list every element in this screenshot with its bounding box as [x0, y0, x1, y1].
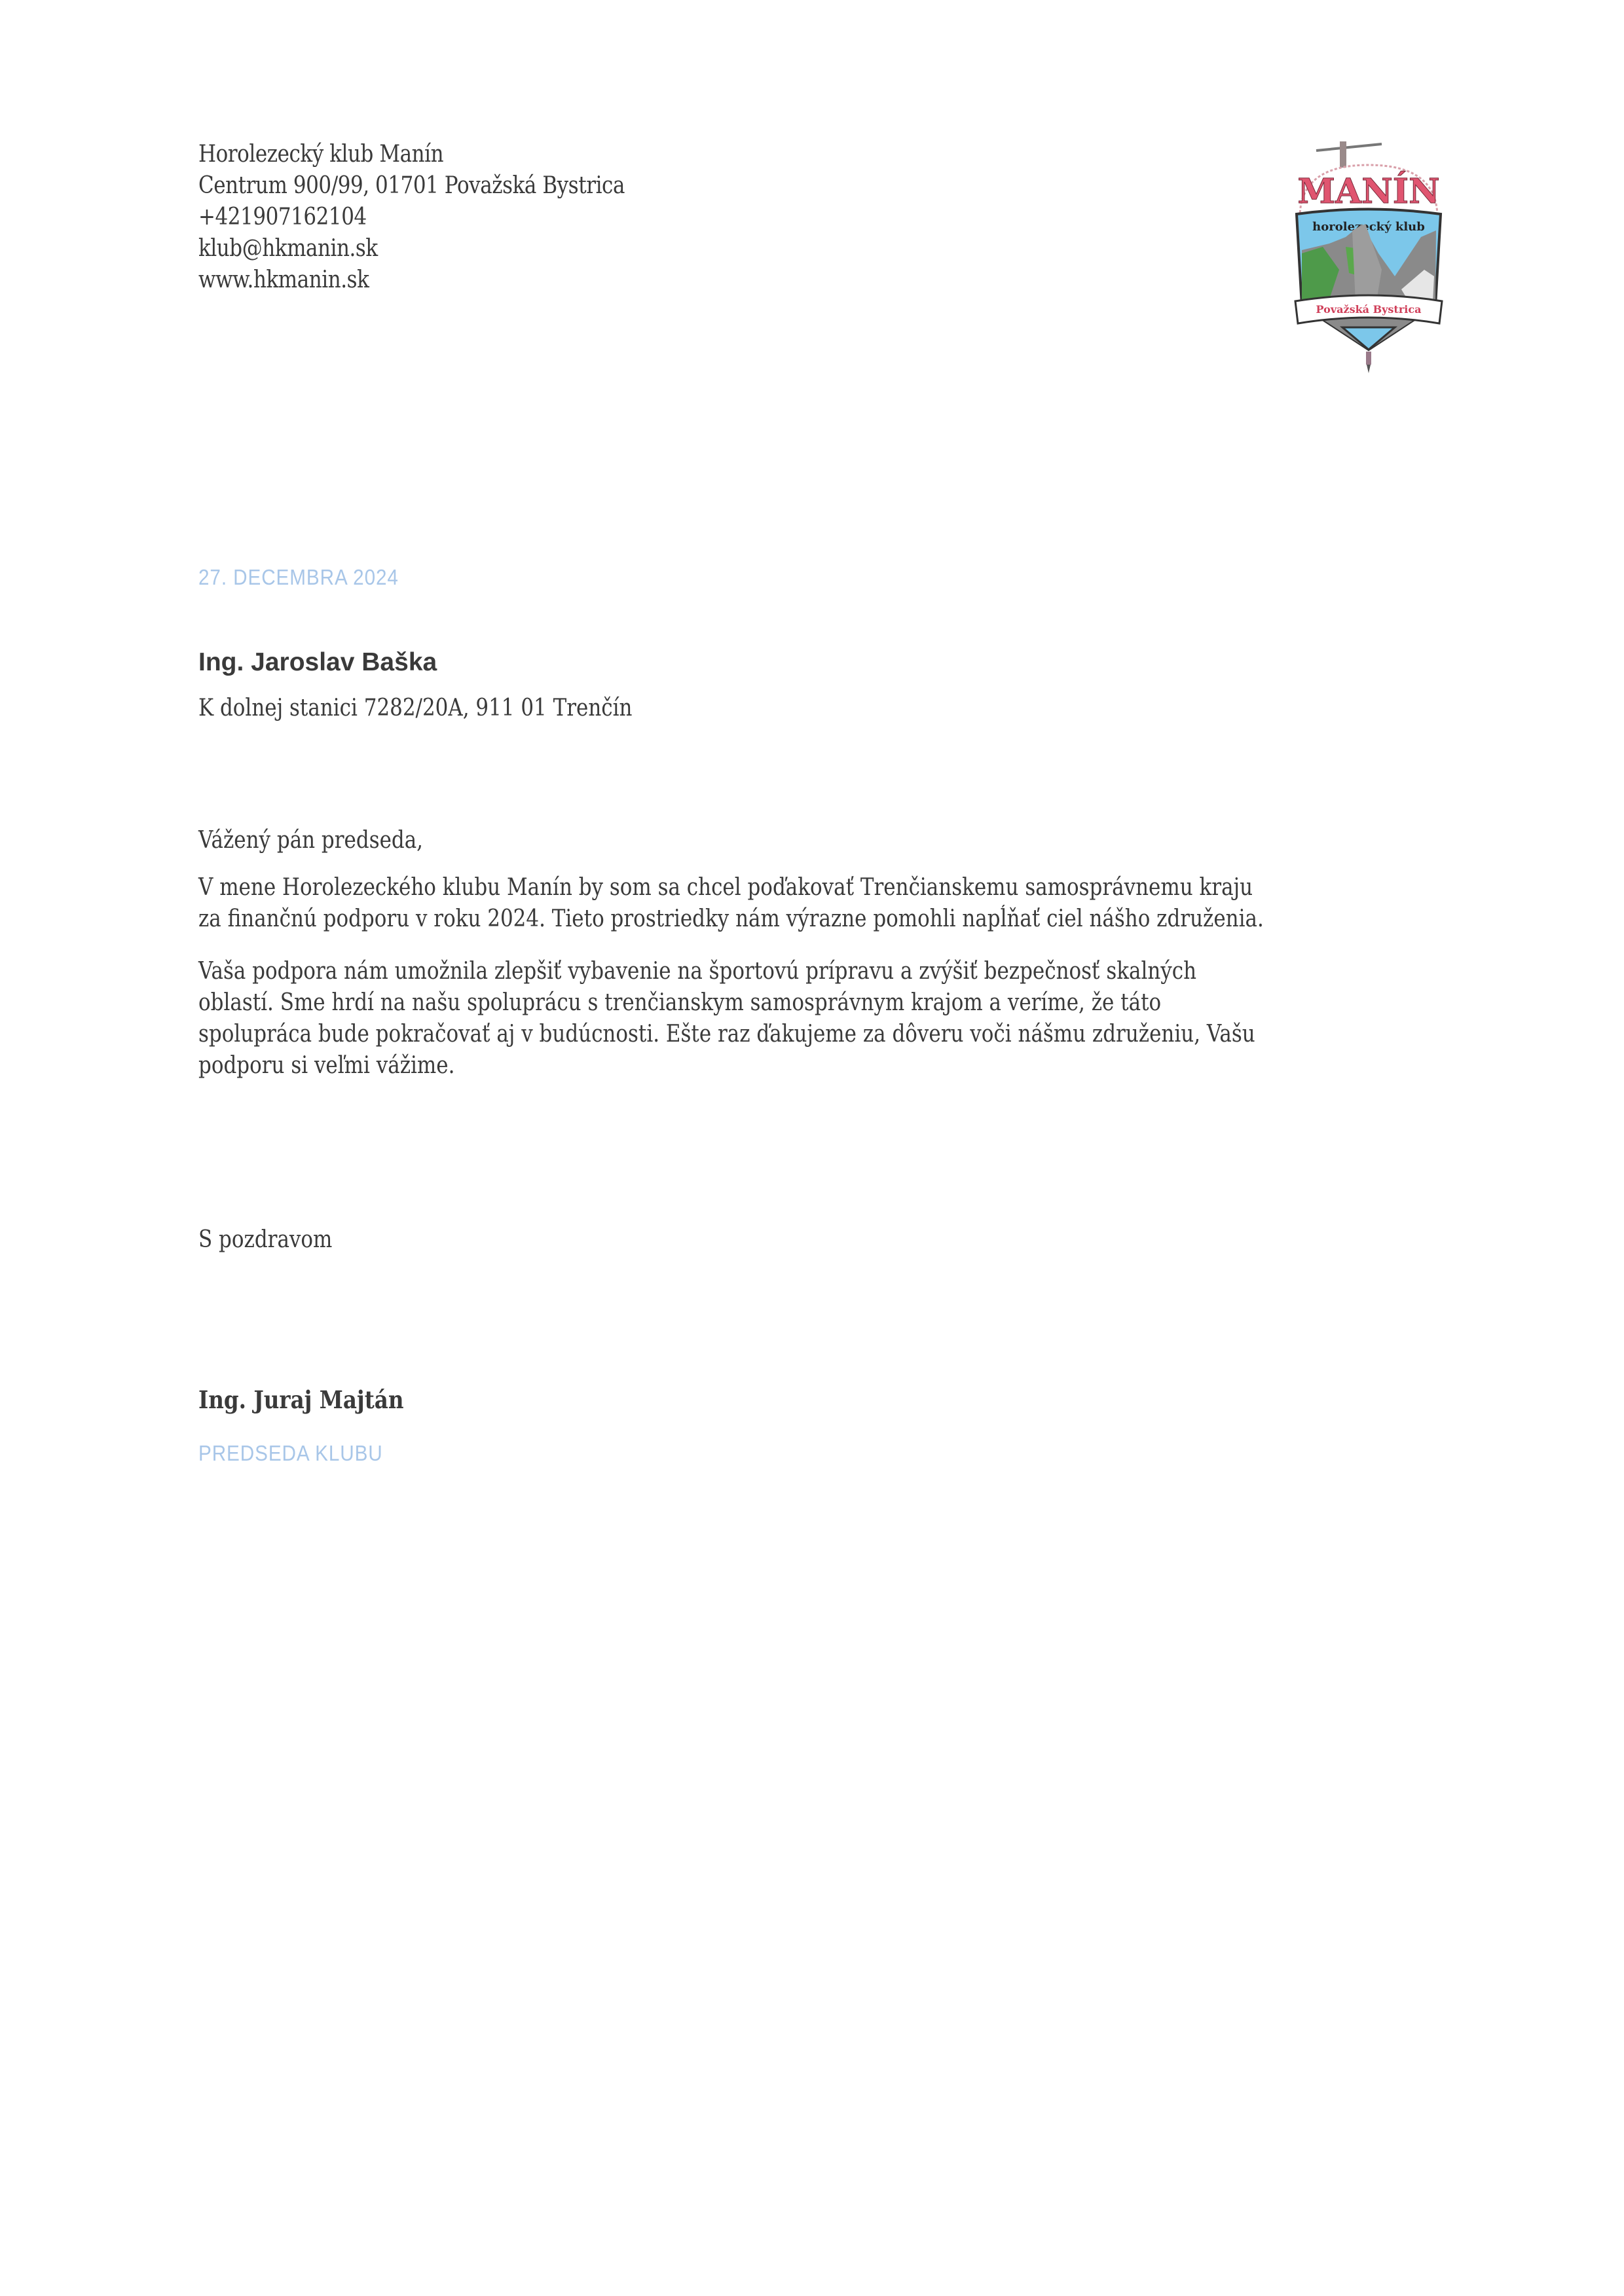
sender-phone: +421907162104: [198, 202, 625, 233]
sender-website: www.hkmanin.sk: [198, 264, 625, 296]
body-line: podporu si veľmi vážime.: [198, 1050, 1255, 1082]
signer-title: PREDSEDA KLUBU: [198, 1440, 383, 1467]
recipient-address: K dolnej stanici 7282/20A, 911 01 Trenčí…: [198, 693, 632, 724]
body-paragraph-2: Vaša podpora nám umožnila zlepšiť vybave…: [198, 956, 1427, 1082]
body-line: za finančnú podporu v roku 2024. Tieto p…: [198, 903, 1264, 935]
sender-block: Horolezecký klub Manín Centrum 900/99, 0…: [198, 139, 694, 296]
logo-title: MANÍN: [1297, 171, 1439, 211]
body-line: oblastí. Sme hrdí na našu spoluprácu s t…: [198, 987, 1255, 1019]
sender-address: Centrum 900/99, 01701 Považská Bystrica: [198, 170, 625, 202]
body-line: Vaša podpora nám umožnila zlepšiť vybave…: [198, 956, 1255, 987]
body-line: V mene Horolezeckého klubu Manín by som …: [198, 872, 1264, 903]
sender-email: klub@hkmanin.sk: [198, 233, 625, 264]
letter-page: Horolezecký klub Manín Centrum 900/99, 0…: [0, 0, 1624, 2296]
body-paragraph-1: V mene Horolezeckého klubu Manín by som …: [198, 872, 1437, 935]
recipient-name: Ing. Jaroslav Baška: [198, 648, 437, 677]
body-line: spolupráca bude pokračovať aj v budúcnos…: [198, 1019, 1255, 1050]
sender-organization: Horolezecký klub Manín: [198, 139, 625, 170]
letter-date: 27. DECEMBRA 2024: [198, 564, 399, 591]
logo-band-text: horolezecký klub: [1312, 220, 1425, 234]
signer-name: Ing. Juraj Majtán: [198, 1384, 404, 1415]
logo-ribbon-text: Považská Bystrica: [1316, 303, 1422, 316]
closing: S pozdravom: [198, 1224, 332, 1256]
club-logo-icon: MANÍN horolezecký klub Považská Bystrica: [1283, 139, 1454, 374]
salutation: Vážený pán predseda,: [198, 825, 423, 856]
